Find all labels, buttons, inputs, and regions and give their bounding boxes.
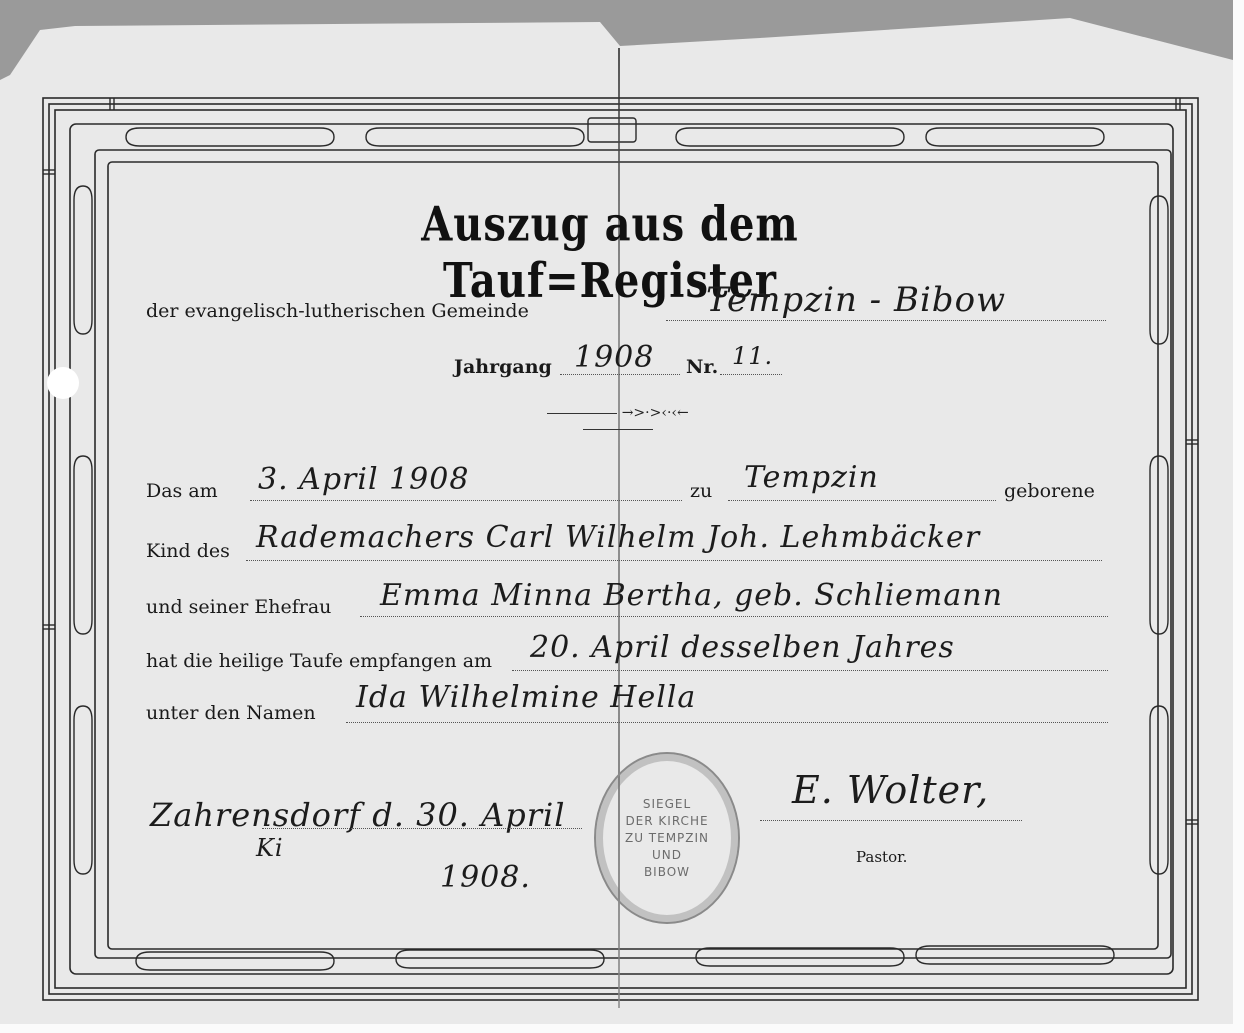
baptism-date-label: hat die heilige Taufe empfangen am [146,650,492,672]
issue-mark: Ki [256,834,284,862]
given-names-value: Ida Wilhelmine Hella [356,680,696,715]
birth-place-label: zu [690,480,712,502]
divider-glyph: →>·>‹·‹← [622,405,689,421]
divider-line-right [583,429,653,430]
given-names-fill-line [346,722,1108,723]
stamp-line: BIBOW [596,864,738,881]
mother-value: Emma Minna Bertha, geb. Schliemann [380,578,1003,613]
congregation-fill-line [666,320,1106,321]
punch-hole [47,367,79,399]
pastor-signature: E. Wolter, [792,768,989,812]
father-value: Rademachers Carl Wilhelm Joh. Lehmbäcker [256,520,980,555]
issue-year: 1908. [440,860,531,895]
stamp-line: DER KIRCHE [596,813,738,830]
stamp-line: SIEGEL [596,796,738,813]
baptism-date-value: 20. April desselben Jahres [530,630,955,665]
mother-fill-line [360,616,1108,617]
birth-date-fill-line [250,500,682,501]
stamp-line: ZU TEMPZIN [596,830,738,847]
year-label: Jahrgang [454,356,552,378]
birth-date-label: Das am [146,480,218,502]
congregation-value: Tempzin - Bibow [706,280,1006,320]
baptism-date-fill-line [512,670,1108,671]
year-value: 1908 [574,340,654,375]
given-names-label: unter den Namen [146,702,316,724]
number-fill-line [720,374,782,375]
congregation-label: der evangelisch-lutherischen Gemeinde [146,300,529,322]
issue-place-fill-line [262,828,582,829]
birth-date-value: 3. April 1908 [258,462,469,497]
father-fill-line [246,560,1102,561]
stamp-line: UND [596,847,738,864]
birth-place-fill-line [728,500,996,501]
signature-fill-line [760,820,1022,821]
father-label: Kind des [146,540,230,562]
number-value: 11. [732,342,773,370]
church-seal-stamp: SIEGEL DER KIRCHE ZU TEMPZIN UND BIBOW [594,752,740,924]
divider-line-left [547,413,617,414]
mother-label: und seiner Ehefrau [146,596,331,618]
number-label: Nr. [686,356,718,378]
birth-place-value: Tempzin [744,460,879,495]
born-label: geborene [1004,480,1095,502]
pastor-title: Pastor. [856,848,907,866]
divider-ornament: →>·>‹·‹← [512,405,724,437]
